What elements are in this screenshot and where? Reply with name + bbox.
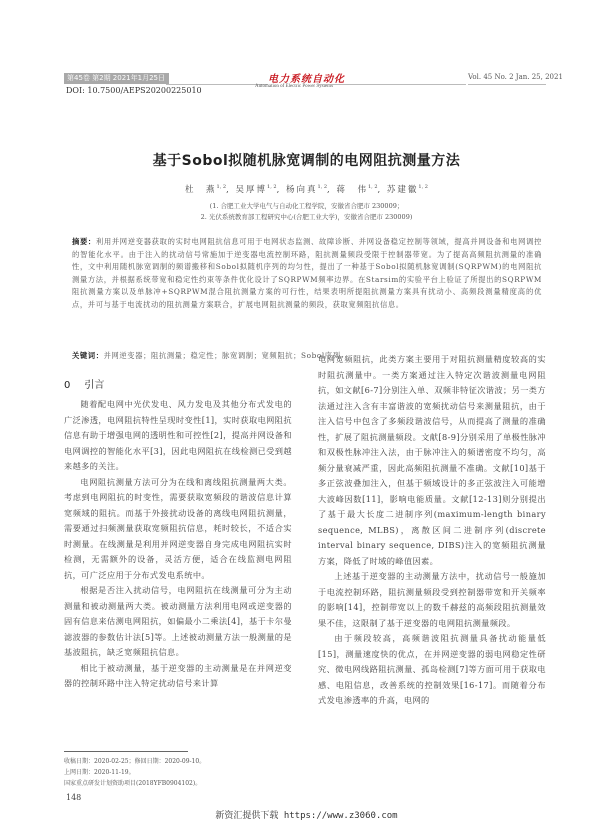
header-rule-right: [318, 84, 466, 85]
section-heading: 0引言: [64, 376, 104, 391]
watermark-text: 新资汇提供下载: [215, 811, 278, 821]
doi: DOI: 10.7500/AEPS20200225010: [66, 86, 202, 95]
issue-badge: 第45卷 第2期 2021年1月25日: [64, 73, 169, 84]
body-column-left: 随着配电网中光伏发电、风力发电及其他分布式发电的广泛渗透，电网阻抗特性呈现时变性…: [64, 397, 292, 692]
author: 杜 燕: [185, 185, 217, 195]
author: 苏建徽: [387, 185, 419, 195]
author-affiliation-mark: 1, 2: [267, 184, 277, 190]
abstract-text: 利用并网逆变器获取的实时电网阻抗信息可用于电网状态监测、故障诊断、并网设备稳定控…: [72, 237, 542, 309]
section-title: 引言: [84, 380, 104, 391]
watermark: 新资汇提供下载 https://www.z3060.com: [0, 808, 613, 821]
volume-rule: [468, 84, 546, 85]
affiliation-2: 2. 光伏系统教育部工程研究中心(合肥工业大学)，安徽省合肥市 230009): [0, 212, 613, 221]
keywords-label: 关键词：: [72, 351, 104, 360]
affiliation-1: (1. 合肥工业大学电气与自动化工程学院，安徽省合肥市 230009；: [0, 201, 613, 210]
footnotes: 收稿日期：2020-02-25；修回日期：2020-09-10。 上网日期：20…: [64, 756, 205, 789]
footnote-received: 收稿日期：2020-02-25；修回日期：2020-09-10。: [64, 756, 205, 767]
abstract-label: 摘要：: [72, 237, 96, 246]
page-number: 148: [66, 793, 81, 802]
author: 杨向真: [286, 185, 318, 195]
body-column-right: 电网宽频阻抗，此类方案主要用于对阻抗测量精度较高的实时阻抗测量中。一类方案通过注…: [318, 352, 546, 709]
author: 蒋 伟: [336, 185, 368, 195]
journal-logo-cn: 电力系统自动化: [268, 70, 320, 85]
author-affiliation-mark: 1, 2: [317, 184, 327, 190]
paragraph: 电网宽频阻抗，此类方案主要用于对阻抗测量精度较高的实时阻抗测量中。一类方案通过注…: [318, 352, 546, 569]
author-affiliation-mark: 1, 2: [217, 184, 227, 190]
watermark-url[interactable]: https://www.z3060.com: [284, 811, 398, 821]
volume-info: Vol. 45 No. 2 Jan. 25, 2021: [468, 73, 563, 81]
paragraph: 相比于被动测量，基于逆变器的主动测量是在并网逆变器的控制环路中注入特定扰动信号来…: [64, 661, 292, 692]
footnote-online: 上网日期：2020-11-19。: [64, 767, 205, 778]
section-number: 0: [64, 380, 70, 391]
author-affiliation-mark: 1, 2: [368, 184, 378, 190]
paragraph: 电网阻抗测量方法可分为在线和离线阻抗测量两大类。考虑到电网阻抗的时变性，需要获取…: [64, 475, 292, 584]
paragraph: 随着配电网中光伏发电、风力发电及其他分布式发电的广泛渗透，电网阻抗特性呈现时变性…: [64, 397, 292, 475]
paragraph: 上述基于逆变器的主动测量方法中，扰动信号一般施加于电流控制环路，阻抗测量频段受到…: [318, 569, 546, 631]
author-list: 杜 燕1, 2, 吴厚博1, 2, 杨向真1, 2, 蒋 伟1, 2, 苏建徽1…: [0, 183, 613, 195]
author: 吴厚博: [236, 185, 268, 195]
author-affiliation-mark: 1, 2: [418, 184, 428, 190]
footnote-funding: 国家重点研发计划资助项目(2018YFB0904102)。: [64, 778, 205, 789]
paper-title: 基于Sobol拟随机脉宽调制的电网阻抗测量方法: [0, 150, 613, 170]
abstract: 摘要：利用并网逆变器获取的实时电网阻抗信息可用于电网状态监测、故障诊断、并网设备…: [72, 236, 542, 312]
footnote-divider: [64, 751, 188, 752]
paragraph: 根据是否注入扰动信号，电网阻抗在线测量可分为主动测量和被动测量两大类。被动测量方…: [64, 583, 292, 661]
keywords-text: 并网逆变器；阻抗测量；稳定性；脉宽调制；宽频阻抗；Sobol序列: [104, 351, 341, 360]
paragraph: 由于频段较高，高频谐波阻抗测量具备扰动能量低[15]，测量速度快的优点，在并网逆…: [318, 631, 546, 709]
